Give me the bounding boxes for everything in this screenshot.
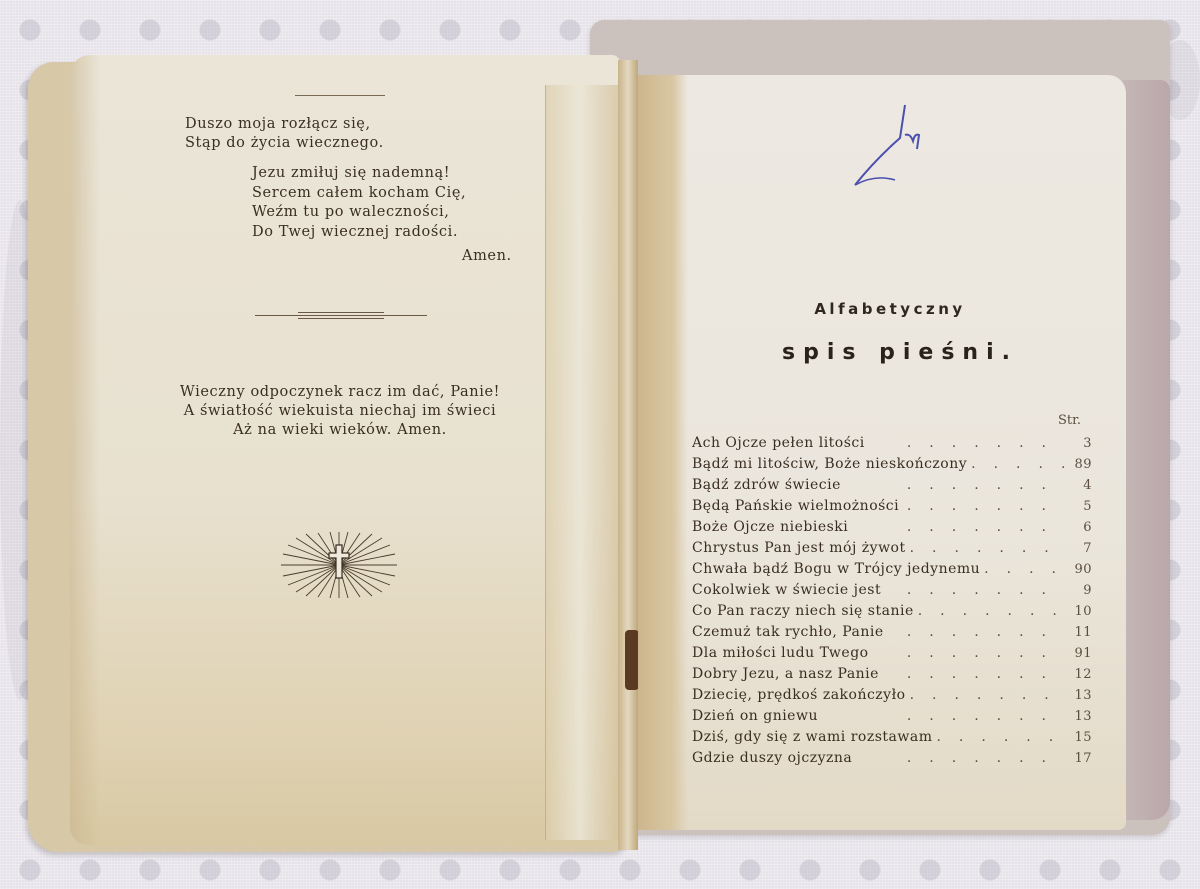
toc-row: Dziecię, prędkoś zakończyło.......13 <box>692 687 1092 708</box>
hymn-page: 12 <box>1068 667 1092 682</box>
hymn-title: Dobry Jezu, a nasz Panie <box>692 666 879 682</box>
hymn-title: Co Pan raczy niech się stanie <box>692 603 914 619</box>
hymn-title: Dla miłości ludu Twego <box>692 645 869 661</box>
toc-row: Gdzie duszy ojczyzna.......17 <box>692 750 1092 771</box>
index-title-line2: spis pieśni. <box>740 340 1060 365</box>
verse-line: Jezu zmiłuj się nademną! <box>252 164 466 184</box>
hymn-page: 17 <box>1068 751 1092 766</box>
hymn-title: Ach Ojcze pełen litości <box>692 435 865 451</box>
hymn-page: 4 <box>1068 478 1092 493</box>
eternal-rest-prayer: Wieczny odpoczynek racz im dać, Panie! A… <box>160 383 520 440</box>
hymn-title: Będą Pańskie wielmożności <box>692 498 899 514</box>
toc-row: Dobry Jezu, a nasz Panie.......12 <box>692 666 1092 687</box>
section-divider <box>255 312 427 321</box>
hymn-title: Gdzie duszy ojczyzna <box>692 750 852 766</box>
verse-line: Do Twej wiecznej radości. <box>252 223 466 243</box>
hymn-page: 90 <box>1068 562 1092 577</box>
repair-tape <box>545 85 622 840</box>
hymn-title: Bądź mi litościw, Boże nieskończony <box>692 456 967 472</box>
hymn-title: Chrystus Pan jest mój żywot <box>692 540 906 556</box>
toc-row: Dla miłości ludu Twego.......91 <box>692 645 1092 666</box>
hymn-title: Bądź zdrów świecie <box>692 477 841 493</box>
hymn-page: 5 <box>1068 499 1092 514</box>
prayer-line: Wieczny odpoczynek racz im dać, Panie! <box>160 383 520 402</box>
stanza-2: Jezu zmiłuj się nademną! Sercem całem ko… <box>252 164 466 242</box>
cross-rays-icon <box>280 532 398 602</box>
amen-text: Amen. <box>462 248 512 264</box>
toc-row: Chwała bądź Bogu w Trójcy jedynemu......… <box>692 561 1092 582</box>
hymn-page: 7 <box>1068 541 1092 556</box>
verse-line: Weźm tu po waleczności, <box>252 203 466 223</box>
verse-line: Duszo moja rozłącz się, <box>185 115 384 134</box>
hymn-page: 91 <box>1068 646 1092 661</box>
toc-row: Będą Pańskie wielmożności.......5 <box>692 498 1092 519</box>
top-rule <box>295 95 385 96</box>
index-title-line1: Alfabetyczny <box>790 300 990 318</box>
book-spine <box>618 60 638 850</box>
prayer-line: Aż na wieki wieków. Amen. <box>160 421 520 440</box>
verse-line: Stąp do życia wiecznego. <box>185 134 384 153</box>
hymn-title: Czemuż tak rychło, Panie <box>692 624 884 640</box>
hymn-page: 11 <box>1068 625 1092 640</box>
toc-row: Co Pan raczy niech się stanie.......10 <box>692 603 1092 624</box>
hymn-title: Chwała bądź Bogu w Trójcy jedynemu <box>692 561 980 577</box>
toc-row: Ach Ojcze pełen litości.......3 <box>692 435 1092 456</box>
toc-row: Chrystus Pan jest mój żywot.......7 <box>692 540 1092 561</box>
toc-row: Dziś, gdy się z wami rozstawam.......15 <box>692 729 1092 750</box>
hymn-page: 13 <box>1068 709 1092 724</box>
hymn-title: Dzień on gniewu <box>692 708 818 724</box>
toc-row: Bądź zdrów świecie.......4 <box>692 477 1092 498</box>
toc-row: Czemuż tak rychło, Panie.......11 <box>692 624 1092 645</box>
hymn-page: 89 <box>1068 457 1092 472</box>
hymn-title: Cokolwiek w świecie jest <box>692 582 881 598</box>
prayer-line: A światłość wiekuista niechaj im świeci <box>160 402 520 421</box>
hymn-index: Ach Ojcze pełen litości.......3 Bądź mi … <box>692 435 1092 771</box>
hymn-title: Boże Ojcze niebieski <box>692 519 848 535</box>
hymn-title: Dziecię, prędkoś zakończyło <box>692 687 906 703</box>
toc-row: Dzień on gniewu.......13 <box>692 708 1092 729</box>
hymn-page: 3 <box>1068 436 1092 451</box>
hymn-page: 13 <box>1068 688 1092 703</box>
verse-line: Sercem całem kocham Cię, <box>252 184 466 204</box>
spine-damage <box>625 630 639 690</box>
hymn-title: Dziś, gdy się z wami rozstawam <box>692 729 932 745</box>
toc-row: Cokolwiek w świecie jest.......9 <box>692 582 1092 603</box>
hymn-page: 15 <box>1068 730 1092 745</box>
handwritten-mark-icon <box>845 100 925 194</box>
hymn-page: 6 <box>1068 520 1092 535</box>
toc-row: Bądź mi litościw, Boże nieskończony.....… <box>692 456 1092 477</box>
page-column-label: Str. <box>1058 413 1081 428</box>
hymn-page: 10 <box>1068 604 1092 619</box>
toc-row: Boże Ojcze niebieski.......6 <box>692 519 1092 540</box>
stanza-1: Duszo moja rozłącz się, Stąp do życia wi… <box>185 115 384 153</box>
hymn-page: 9 <box>1068 583 1092 598</box>
